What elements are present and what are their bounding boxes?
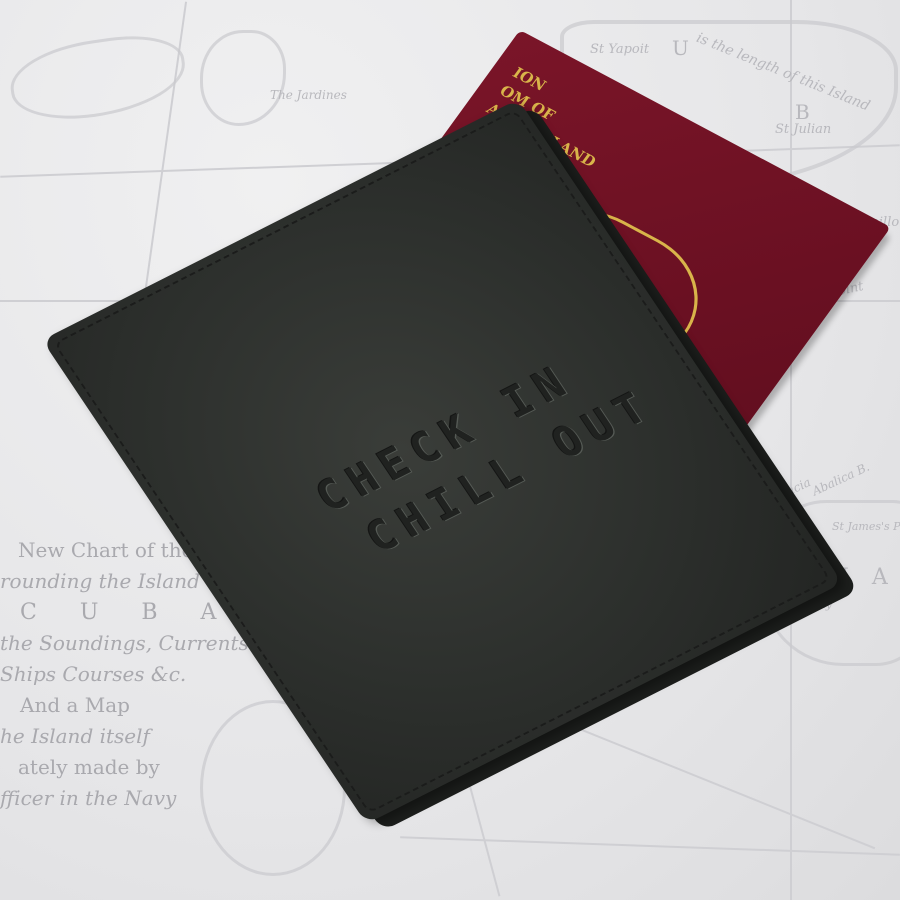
map-label: St James's Parish [832, 520, 900, 533]
cartouche-line: ately made by [0, 752, 260, 783]
map-grid-line [559, 720, 875, 849]
map-label: U [672, 36, 689, 60]
map-grid-line [400, 836, 900, 855]
map-label: St Julian [775, 122, 831, 137]
map-island [200, 30, 286, 126]
product-photo: St Yapoit U is the length of this Island… [0, 0, 900, 900]
cartouche-line: And a Map [0, 690, 260, 721]
map-island [6, 28, 191, 128]
map-label: The Jardines [270, 88, 347, 102]
map-label: Abalica B. [810, 460, 872, 499]
map-label: St Yapoit [590, 42, 649, 57]
cartouche-line: he Island itself [0, 721, 260, 752]
map-label: B [795, 100, 810, 124]
cartouche-line: fficer in the Navy [0, 783, 260, 814]
cartouche-line: Ships Courses &c. [0, 659, 260, 690]
cartouche-line: the Soundings, Currents [0, 628, 260, 659]
